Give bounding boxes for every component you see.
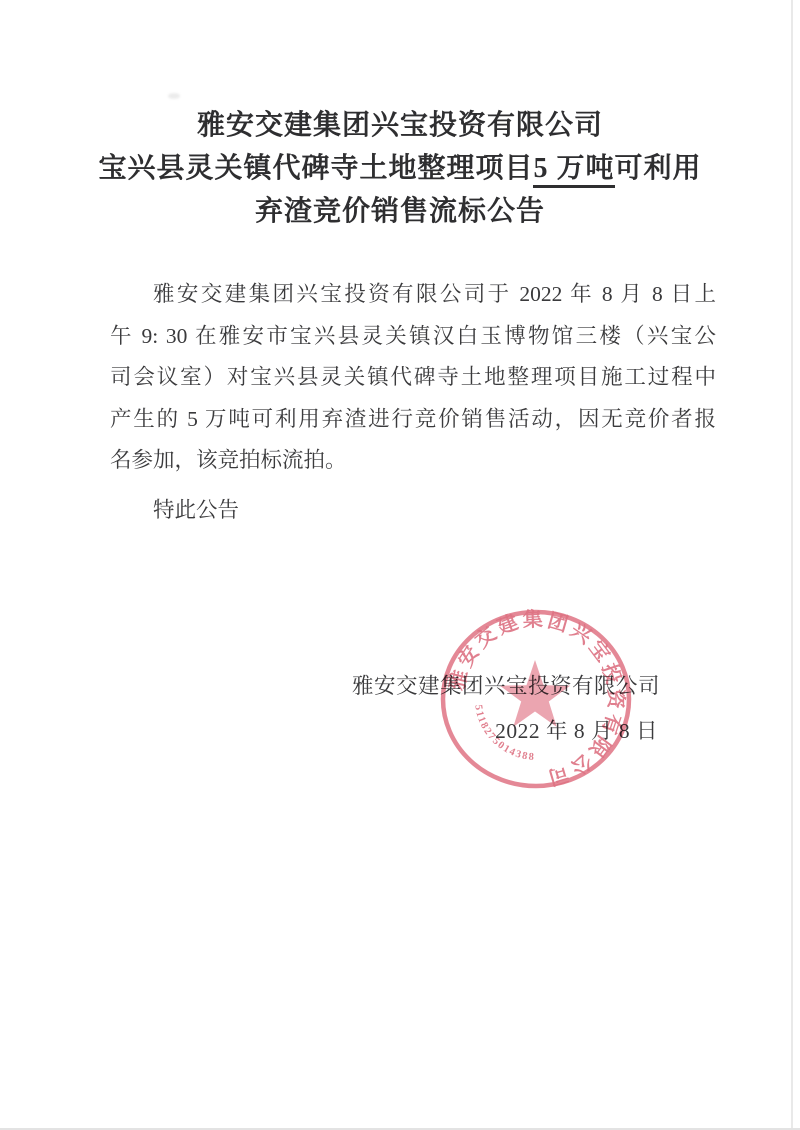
company-seal-stamp: 雅安交建集团兴宝投资有限公司 5118275014388 <box>426 589 646 809</box>
body-line: 名参加，该竞拍标流拍。 <box>110 440 716 482</box>
body-line: 司会议室）对宝兴县灵关镇代碑寺土地整理项目施工过程中 <box>110 357 716 399</box>
scan-smudge <box>168 93 180 99</box>
title-line-notice-type: 弃渣竞价销售流标公告 <box>0 190 800 233</box>
seal-star-icon <box>500 660 570 727</box>
title-line-project: 宝兴县灵关镇代碑寺土地整理项目5 万吨可利用 <box>0 147 800 190</box>
announcement-body: 雅安交建集团兴宝投资有限公司于 2022 年 8 月 8 日上 午 9: 30 … <box>110 274 716 531</box>
closing-statement: 特此公告 <box>110 490 716 532</box>
body-line: 雅安交建集团兴宝投资有限公司于 2022 年 8 月 8 日上 <box>110 274 716 316</box>
title-project-post: 可利用 <box>615 153 702 184</box>
document-page: 雅安交建集团兴宝投资有限公司 宝兴县灵关镇代碑寺土地整理项目5 万吨可利用 弃渣… <box>0 0 800 1130</box>
scan-edge-artifact-right <box>791 0 793 1130</box>
title-underlined-quantity: 5 万吨 <box>533 153 614 188</box>
body-line: 午 9: 30 在雅安市宝兴县灵关镇汉白玉博物馆三楼（兴宝公 <box>110 316 716 358</box>
document-title: 雅安交建集团兴宝投资有限公司 宝兴县灵关镇代碑寺土地整理项目5 万吨可利用 弃渣… <box>0 104 800 233</box>
title-project-pre: 宝兴县灵关镇代碑寺土地整理项目 <box>98 153 533 184</box>
title-line-company: 雅安交建集团兴宝投资有限公司 <box>0 104 800 147</box>
body-line: 产生的 5 万吨可利用弃渣进行竞价销售活动，因无竞价者报 <box>110 399 716 441</box>
